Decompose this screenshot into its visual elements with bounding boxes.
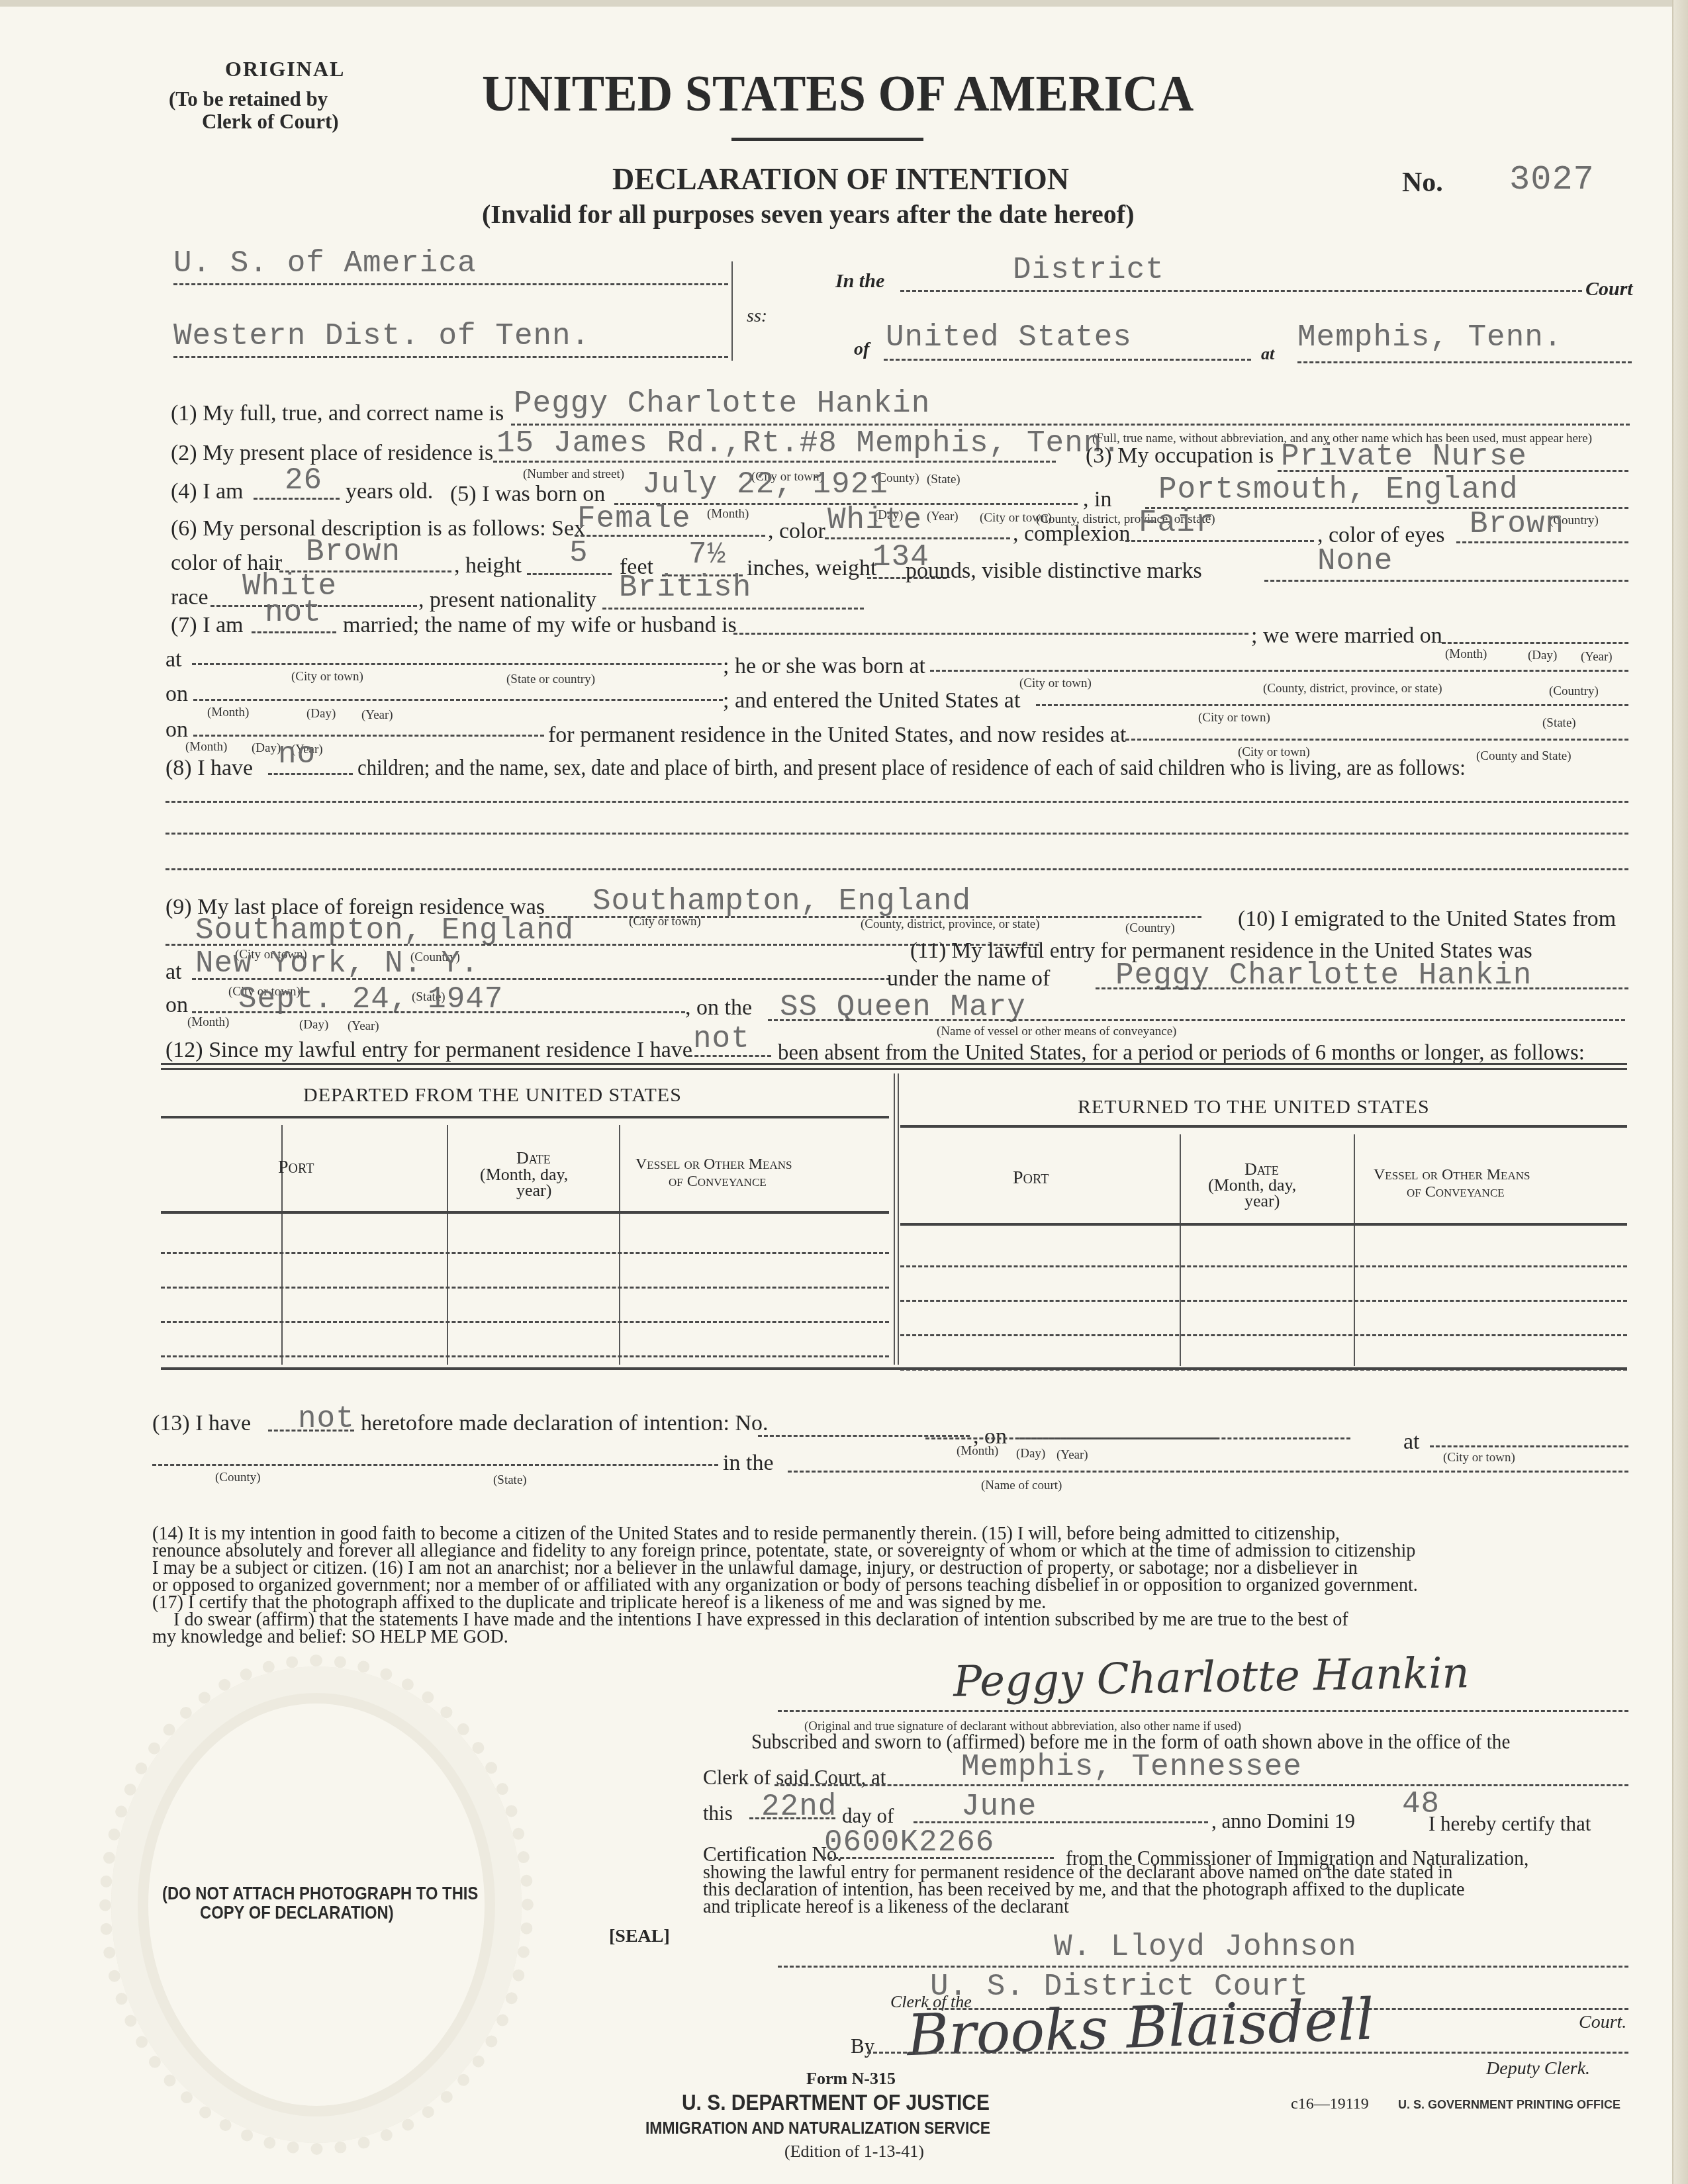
entered-caption-state: (State) [1542,716,1576,731]
ret-row-2[interactable] [900,1300,1627,1302]
ss-label: ss: [747,306,767,327]
spouse-at-field[interactable] [192,663,722,665]
married-on-label: ; we were married on [1251,623,1442,649]
married-field [252,631,336,633]
residence-on-label: on [165,717,188,743]
dep-row-3[interactable] [161,1321,889,1323]
dep-col-header-rule [161,1211,889,1214]
ret-row-1[interactable] [900,1265,1627,1267]
color-label: , color [768,519,825,544]
jurisdiction-line2[interactable]: Western Dist. of Tenn. [173,319,590,353]
foreign-caption-county: (County, district, province, or state) [861,917,1040,932]
entry-at-label: at [165,960,182,985]
residence-value[interactable]: 15 James Rd.,Rt.#8 Memphis, Tenn. [496,426,1121,461]
q1-label: (1) My full, true, and correct name is [171,401,504,426]
spouse-born-date-field[interactable] [193,699,723,701]
spouse-born-field[interactable] [930,670,1628,672]
foreign-caption-country: (Country) [1125,921,1175,936]
q2-label: (2) My present place of residence is [171,441,493,466]
court-label: Court [1585,278,1633,300]
court-location[interactable]: Memphis, Tenn. [1297,320,1562,355]
of-label: of [854,339,869,360]
foreign-caption-city: (City or town) [629,915,701,929]
prior-on-label: , on [973,1424,1007,1449]
nationality-field [602,608,864,610]
age-field [254,498,340,500]
emigrated-from-value[interactable]: Southampton, England [195,913,574,948]
entry-name-field [1096,987,1628,989]
dep-col-port: Port [278,1157,314,1178]
emigrated-from-field [165,944,1039,946]
children-line-2[interactable] [165,833,1628,835]
retained-note-line2: Clerk of Court) [202,110,339,134]
q8-label: (8) I have [165,756,253,781]
ret-col-vessel-1: Vessel or Other Means [1374,1166,1530,1184]
spouse-born-caption-county: (County, district, province, or state) [1263,682,1442,696]
marks-field [1264,580,1628,582]
q3-label: (3) My occupation is [1086,443,1274,469]
permres-caption-day: (Day) [252,741,281,756]
height-feet-value[interactable]: 5 [569,536,588,570]
entered-us-label: ; and entered the United States at [723,688,1020,713]
absent-value[interactable]: not [693,1022,750,1056]
married-caption-day: (Day) [1528,649,1557,663]
resides-caption-county-state: (County and State) [1476,749,1571,764]
absent-details-label: been absent from the United States, for … [778,1040,1585,1066]
q13-label: (13) I have [152,1411,251,1436]
spouse-on-label: on [165,682,188,707]
vessel-field [768,1019,1625,1021]
court-of-field [884,359,1251,361]
jurisdiction-line2-field [173,356,728,358]
dep-col-date-3: year) [516,1181,551,1201]
pounds-label: pounds, visible distinctive marks [906,559,1202,584]
sex-field [575,535,765,537]
hair-value[interactable]: Brown [306,535,400,569]
in-the-label: In the [835,270,884,293]
dep-row-4[interactable] [161,1355,889,1357]
dep-col-vessel-2: of Conveyance [669,1173,767,1191]
eyes-value[interactable]: Brown [1470,507,1564,541]
table-bottom-rule [161,1367,1627,1370]
children-line-1[interactable] [165,801,1628,803]
dep-row-2[interactable] [161,1287,889,1289]
q10-label: (10) I emigrated to the United States fr… [1238,907,1616,932]
nationality-label: , present nationality [418,588,596,613]
prior-date-field-left [925,1437,1217,1439]
spouse-date-caption-day: (Day) [306,707,336,721]
number-label: No. [1402,167,1443,199]
birth-caption-year: (Year) [927,510,959,524]
scan-top-edge [0,0,1688,7]
birth-date-value[interactable]: July 22, 1921 [642,467,888,502]
spouse-at-label: at [165,647,182,672]
q7-label: (7) I am [171,613,244,638]
color-field [825,537,1010,539]
court-type-field [900,290,1582,292]
married-date-field[interactable] [1442,642,1628,644]
sex-value[interactable]: Female [577,502,691,536]
ret-col-header-rule [900,1223,1627,1226]
dep-row-1[interactable] [161,1252,889,1254]
entry-port-field [192,978,890,980]
declaration-number[interactable]: 3027 [1509,160,1595,199]
document-subtitle: DECLARATION OF INTENTION [612,161,1069,197]
jurisdiction-line1[interactable]: U. S. of America [173,246,477,281]
children-value[interactable]: no [278,737,316,772]
venue-brace [731,261,733,361]
inches-label: inches, weight [747,556,876,581]
married-value[interactable]: not [265,596,322,630]
race-label: race [171,585,209,610]
full-name-value[interactable]: Peggy Charlotte Hankin [514,387,930,421]
original-label: ORIGINAL [225,57,345,81]
vessel-caption: (Name of vessel or other means of convey… [937,1024,1176,1039]
foreign-residence-value[interactable]: Southampton, England [592,884,971,919]
spouse-label: married; the name of my wife or husband … [343,613,737,638]
complexion-value[interactable]: Fair [1139,506,1214,540]
now-resides-field[interactable] [1125,739,1628,741]
court-of[interactable]: United States [886,320,1132,355]
full-name-field [511,424,1630,426]
page-title: UNITED STATES OF AMERICA [482,64,1194,123]
entry-caption-year: (Year) [348,1019,379,1034]
height-feet-field [527,573,612,575]
color-value[interactable]: White [827,503,922,537]
table-center-divider [894,1073,895,1365]
children-field [268,773,353,775]
entry-caption-month: (Month) [187,1015,229,1030]
scan-right-edge [1672,0,1688,2184]
complexion-label: , complexion [1013,522,1131,547]
residence-field [493,461,1056,463]
residence-caption-state: (State) [927,473,961,487]
spouse-born-caption-city: (City or town) [1019,676,1092,691]
entered-caption-city: (City or town) [1198,711,1270,725]
married-caption-year: (Year) [1581,650,1613,664]
children-details-label: children; and the name, sex, date and pl… [357,756,1466,781]
court-type[interactable]: District [1013,253,1164,287]
prior-declaration-label: heretofore made declaration of intention… [361,1411,769,1436]
birth-place-value[interactable]: Portsmouth, England [1158,473,1519,507]
absent-field [688,1055,771,1057]
ret-row-3[interactable] [900,1334,1627,1336]
ret-col-date-3: year) [1244,1191,1280,1211]
retained-note-line1: (To be retained by [169,87,328,111]
prior-declaration-field [268,1430,354,1432]
ret-col-port: Port [1013,1167,1049,1189]
permres-caption-month: (Month) [185,740,227,754]
title-rule [731,138,923,141]
spouse-date-caption-month: (Month) [207,705,249,720]
prior-number-field[interactable] [758,1435,970,1437]
returned-header: RETURNED TO THE UNITED STATES [1078,1096,1430,1118]
under-name-label: under the name of [887,966,1050,991]
dep-col-divider-2 [447,1125,448,1365]
occupation-field [1278,470,1628,472]
departed-header-rule [161,1116,889,1118]
on-the-label: , on the [685,995,752,1021]
jurisdiction-line1-field [173,283,728,285]
ret-col-vessel-2: of Conveyance [1407,1183,1505,1201]
birth-in-label: , in [1083,487,1111,512]
permanent-residence-date-field[interactable] [193,735,544,737]
table-center-divider-2 [898,1073,899,1365]
married-caption-month: (Month) [1445,647,1487,662]
residence-caption-street: (Number and street) [523,467,624,482]
spouse-name-field[interactable] [733,633,1248,635]
years-old-label: years old. [346,479,433,504]
validity-note: (Invalid for all purposes seven years af… [482,199,1134,230]
entry-on-label: on [165,993,188,1018]
now-resides-label: for permanent residence in the United St… [548,723,1126,748]
marks-value[interactable]: None [1317,544,1393,578]
eyes-field [1456,541,1628,543]
children-line-3[interactable] [165,868,1628,870]
birth-caption-month: (Month) [707,507,749,522]
entered-us-field[interactable] [1036,704,1628,706]
nationality-value[interactable]: British [619,570,751,605]
declaration-document: ORIGINAL (To be retained by Clerk of Cou… [0,0,1688,2184]
departed-header: DEPARTED FROM THE UNITED STATES [303,1084,682,1107]
spouse-at-caption-city: (City or town) [291,670,363,684]
embossed-seal-icon [99,1655,534,2155]
ret-col-divider-1 [1180,1134,1181,1366]
entry-date-field [192,1011,685,1013]
q4-label: (4) I am [171,479,244,504]
age-value[interactable]: 26 [285,463,322,498]
spouse-at-caption-state: (State or country) [506,672,595,687]
at-label: at [1261,344,1274,364]
entry-caption-day: (Day) [299,1018,328,1032]
table-top-rule-1 [161,1063,1627,1065]
q12-label: (12) Since my lawful entry for permanent… [165,1038,692,1063]
entry-port-value[interactable]: New York, N. Y. [195,946,479,981]
complexion-field [1125,540,1314,542]
height-label: , height [454,553,522,578]
occupation-value[interactable]: Private Nurse [1281,439,1527,474]
dep-col-divider-3 [619,1125,620,1365]
returned-header-rule [900,1125,1627,1128]
court-location-field [1297,361,1632,363]
spouse-date-caption-year: (Year) [361,708,393,723]
ret-col-divider-2 [1354,1134,1355,1366]
spouse-born-at-label: ; he or she was born at [723,654,925,679]
spouse-born-caption-country: (Country) [1549,684,1599,699]
dep-col-vessel-1: Vessel or Other Means [635,1156,792,1173]
height-inches-value[interactable]: 7½ [688,537,726,572]
table-top-rule-2 [161,1068,1627,1070]
